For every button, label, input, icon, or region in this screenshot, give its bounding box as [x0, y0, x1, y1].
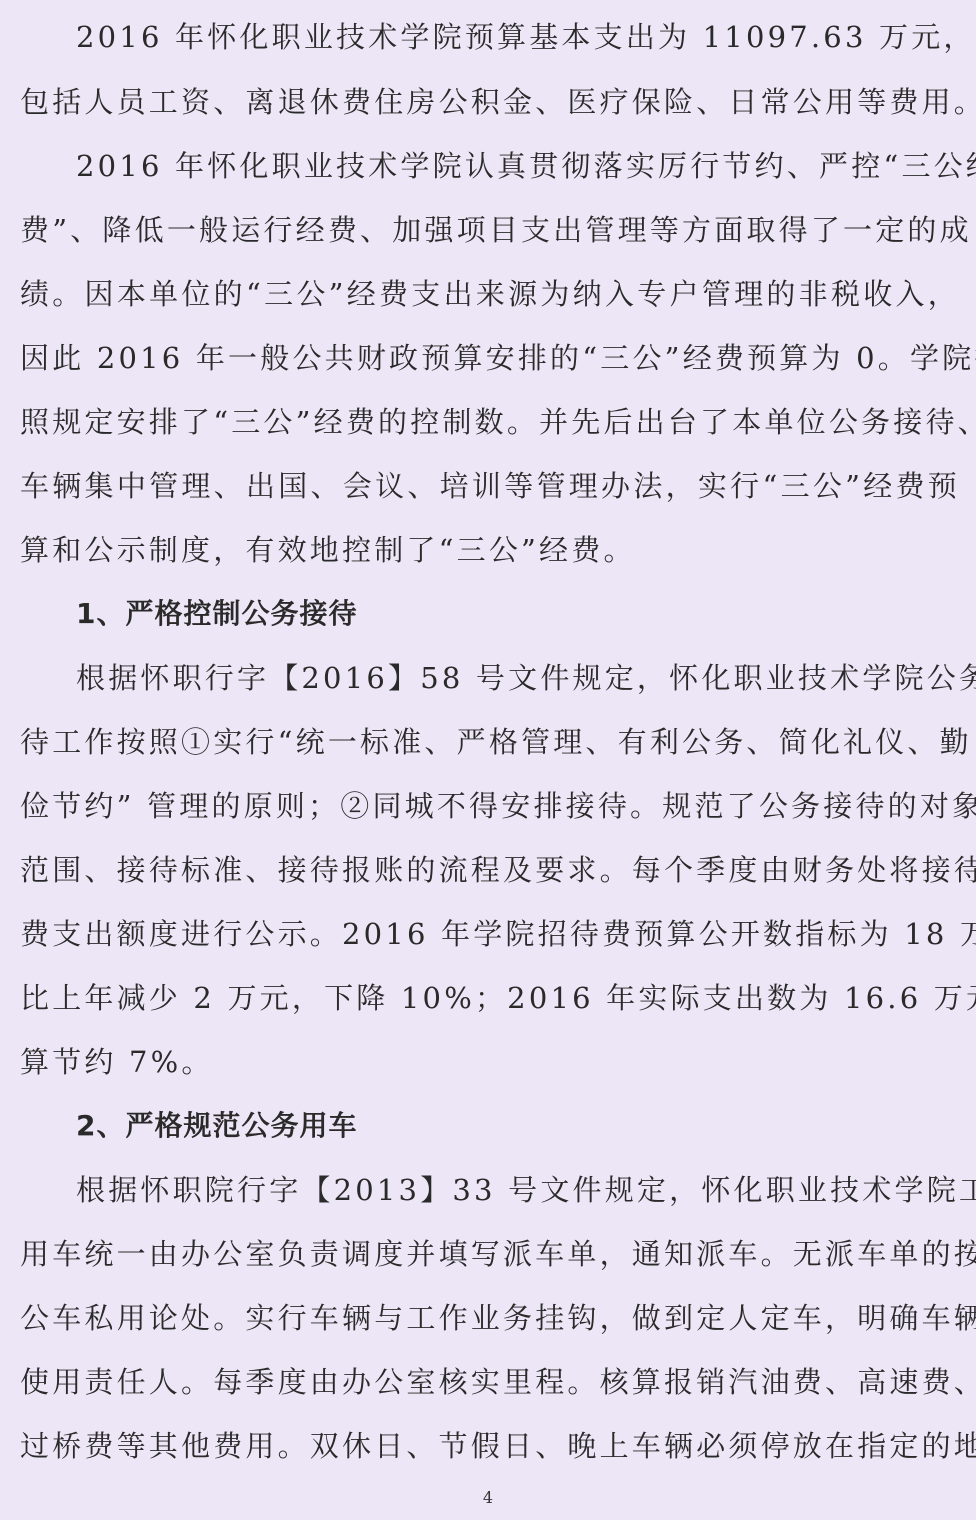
paragraph-line: 俭节约” 管理的原则；②同城不得安排接待。规范了公务接待的对象: [20, 786, 960, 826]
paragraph-line: 范围、接待标准、接待报账的流程及要求。每个季度由财务处将接待: [20, 850, 960, 890]
paragraph-line: 比上年减少 2 万元，下降 10%；2016 年实际支出数为 16.6 万元，比…: [20, 978, 960, 1018]
page-number: 4: [0, 1488, 976, 1508]
paragraph-line: 因此 2016 年一般公共财政预算安排的“三公”经费预算为 0。学院按: [20, 338, 960, 378]
paragraph-line: 待工作按照①实行“统一标准、严格管理、有利公务、简化礼仪、勤: [20, 722, 960, 762]
paragraph-line: 算节约 7%。: [20, 1042, 960, 1082]
paragraph-line: 根据怀职院行字【2013】33 号文件规定，怀化职业技术学院工作: [76, 1170, 960, 1210]
paragraph-line: 照规定安排了“三公”经费的控制数。并先后出台了本单位公务接待、: [20, 402, 960, 442]
paragraph-line: 车辆集中管理、出国、会议、培训等管理办法，实行“三公”经费预: [20, 466, 960, 506]
paragraph-line: 公车私用论处。实行车辆与工作业务挂钩，做到定人定车，明确车辆: [20, 1298, 960, 1338]
paragraph-line: 用车统一由办公室负责调度并填写派车单，通知派车。无派车单的按: [20, 1234, 960, 1274]
paragraph-line: 过桥费等其他费用。双休日、节假日、晚上车辆必须停放在指定的地: [20, 1426, 960, 1466]
paragraph-line: 2016 年怀化职业技术学院认真贯彻落实厉行节约、严控“三公经: [76, 146, 960, 186]
paragraph-line: 费支出额度进行公示。2016 年学院招待费预算公开数指标为 18 万元，: [20, 914, 960, 954]
paragraph-line: 2016 年怀化职业技术学院预算基本支出为 11097.63 万元，主要: [76, 17, 960, 57]
paragraph-line: 包括人员工资、离退休费住房公积金、医疗保险、日常公用等费用。: [20, 82, 960, 122]
paragraph-line: 费”、降低一般运行经费、加强项目支出管理等方面取得了一定的成: [20, 210, 960, 250]
paragraph-line: 根据怀职行字【2016】58 号文件规定，怀化职业技术学院公务接: [76, 658, 960, 698]
section-heading: 2、严格规范公务用车: [76, 1106, 960, 1146]
section-heading: 1、严格控制公务接待: [76, 594, 960, 634]
paragraph-line: 算和公示制度，有效地控制了“三公”经费。: [20, 530, 960, 570]
paragraph-line: 使用责任人。每季度由办公室核实里程。核算报销汽油费、高速费、: [20, 1362, 960, 1402]
document-page: 2016 年怀化职业技术学院预算基本支出为 11097.63 万元，主要 包括人…: [0, 0, 976, 1520]
paragraph-line: 绩。因本单位的“三公”经费支出来源为纳入专户管理的非税收入，: [20, 274, 960, 314]
